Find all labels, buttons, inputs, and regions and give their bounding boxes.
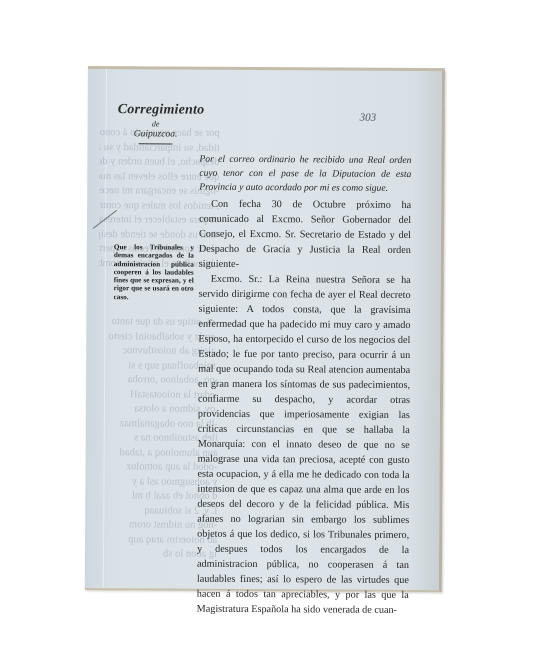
body-paragraph: Excmo. Sr.: La Reina nuestra Señora se h… [197,271,411,617]
document-body: Por el correo ordinario he recibido una … [197,143,412,618]
handwritten-folio-number: 303 [360,112,377,124]
body-paragraph: Con fecha 30 de Octubre próximo ha comun… [199,196,411,272]
document-heading: Corregimiento de Guipuzcoa. [118,102,194,144]
heading-title: Corregimiento [118,102,194,118]
document-page: por se hace necesario á conocer su lealt… [85,68,445,592]
heading-preposition: de [118,119,194,128]
heading-province: Guipuzcoa. [118,129,194,139]
intro-paragraph: Por el correo ordinario he recibido una … [199,152,411,195]
margin-note: Que los Tribunales y demas encargados de… [114,243,194,302]
heading-rule [139,143,173,144]
